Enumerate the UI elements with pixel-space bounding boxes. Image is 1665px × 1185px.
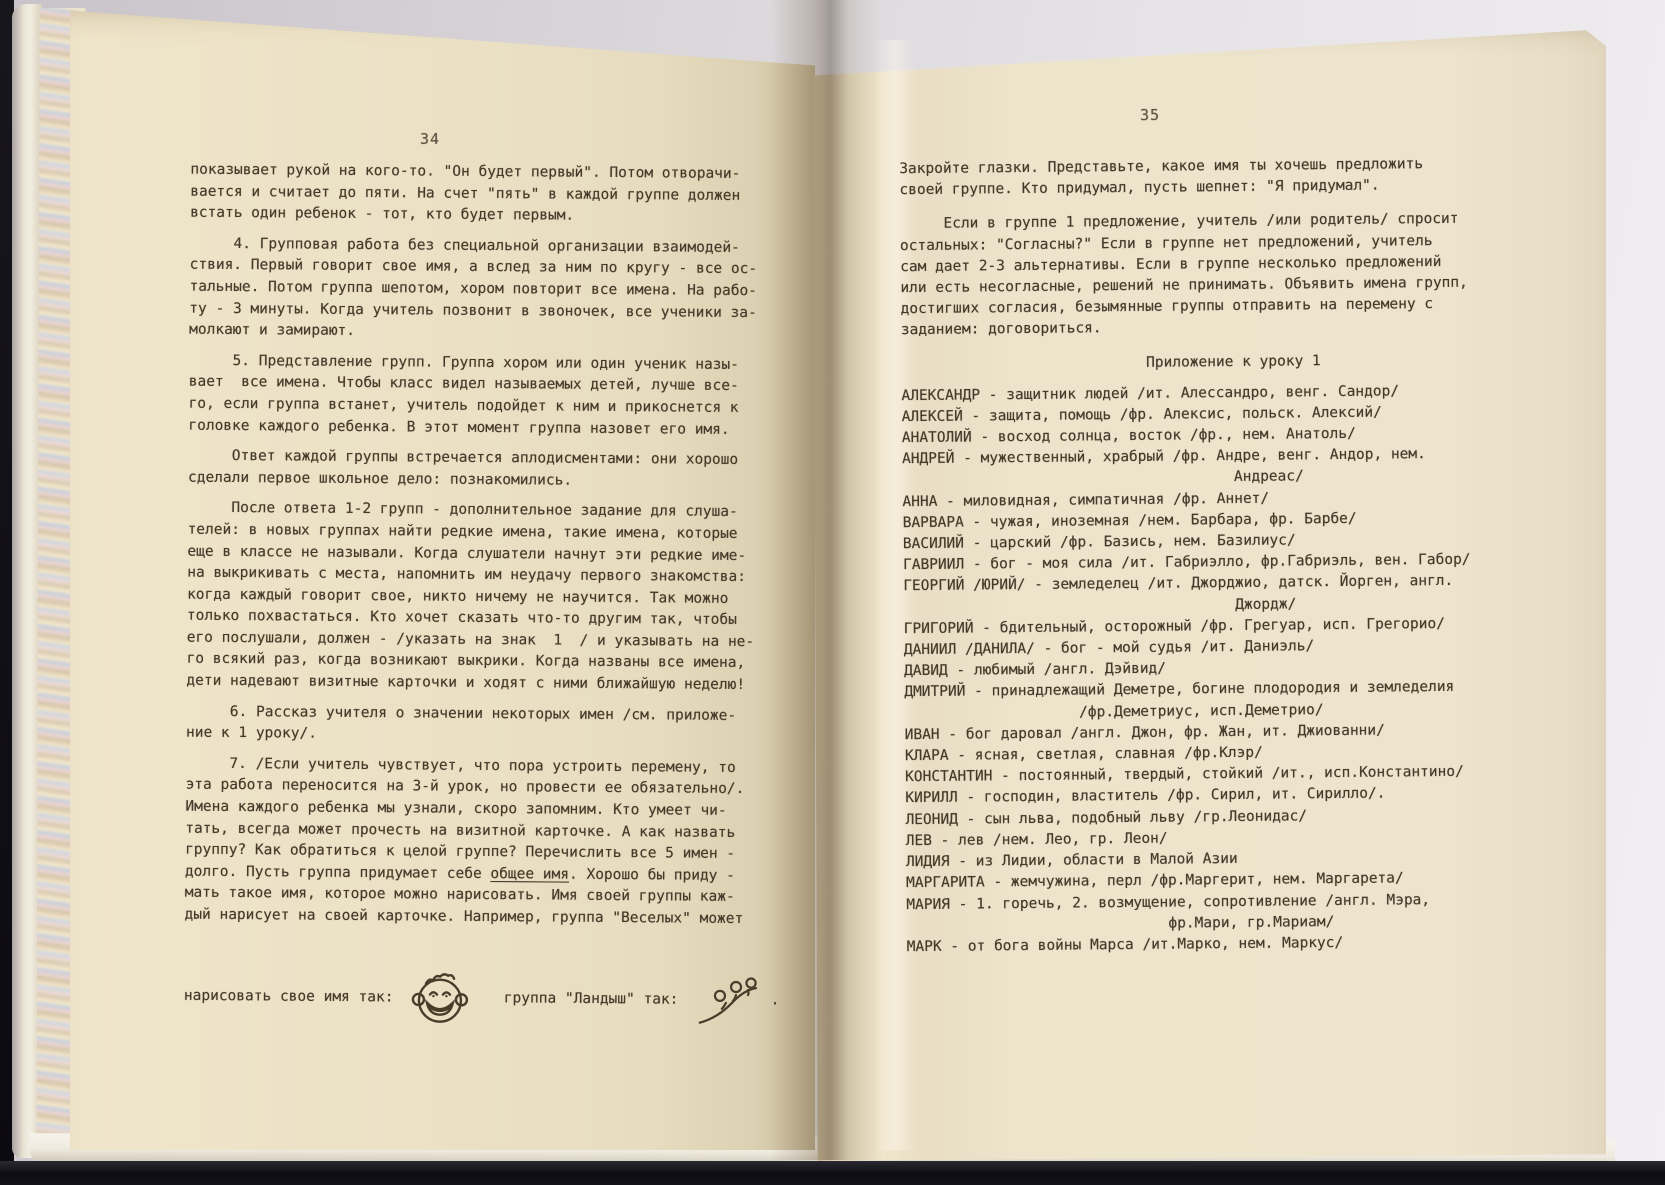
left-page-number: 34 bbox=[420, 130, 440, 148]
appendix-heading: Приложение к уроку 1 bbox=[1146, 348, 1561, 373]
smiley-face-doodle bbox=[411, 928, 470, 1045]
paragraph: Ответ каждой группы встречается аплодисм… bbox=[188, 446, 788, 494]
paragraph: 7. /Если учитель чувствует, что пора уст… bbox=[184, 753, 786, 1047]
left-page-text: показывает рукой на кого-то. "Он будет п… bbox=[184, 160, 791, 1057]
text-line: встать один ребенок - тот, кто будет пер… bbox=[190, 203, 790, 229]
right-page-paragraphs: Закройте глазки. Представьте, какое имя … bbox=[899, 153, 1561, 342]
scanner-border-bottom bbox=[0, 1161, 1665, 1185]
right-page-name-list: АЛЕКСАНДР - защитник людей /ит. Алессанд… bbox=[901, 379, 1566, 958]
underlined-phrase: общее имя bbox=[490, 866, 569, 883]
text-line: дети надевают визитные карточки и ходят … bbox=[186, 671, 786, 697]
text-line: головке каждого ребенка. В этот момент г… bbox=[188, 415, 788, 441]
paragraph: 6. Рассказ учителя о значении некоторых … bbox=[186, 701, 786, 749]
paragraph: Закройте глазки. Представьте, какое имя … bbox=[899, 153, 1559, 202]
book-scan-scene: 34 35 показывает рукой на кого-то. "Он б… bbox=[0, 0, 1665, 1185]
paragraph: 5. Представление групп. Группа хором или… bbox=[188, 350, 789, 441]
paragraph: показывает рукой на кого-то. "Он будет п… bbox=[190, 160, 790, 229]
text-line: молкают и замирают. bbox=[189, 320, 789, 346]
paragraph: После ответа 1-2 групп - дополнительное … bbox=[186, 498, 788, 697]
paragraph: Если в группе 1 предложение, учитель /ил… bbox=[900, 208, 1561, 342]
lily-of-the-valley-doodle bbox=[696, 932, 763, 1047]
right-page-number: 35 bbox=[1140, 106, 1160, 124]
text-line: нарисовать свое имя так: группа "Ландыш"… bbox=[184, 926, 785, 1047]
paragraph: 4. Групповая работа без специальной орга… bbox=[189, 233, 790, 346]
text-line: ние к 1 уроку/. bbox=[186, 723, 786, 749]
right-page-text: Закройте глазки. Представьте, какое имя … bbox=[899, 153, 1567, 958]
